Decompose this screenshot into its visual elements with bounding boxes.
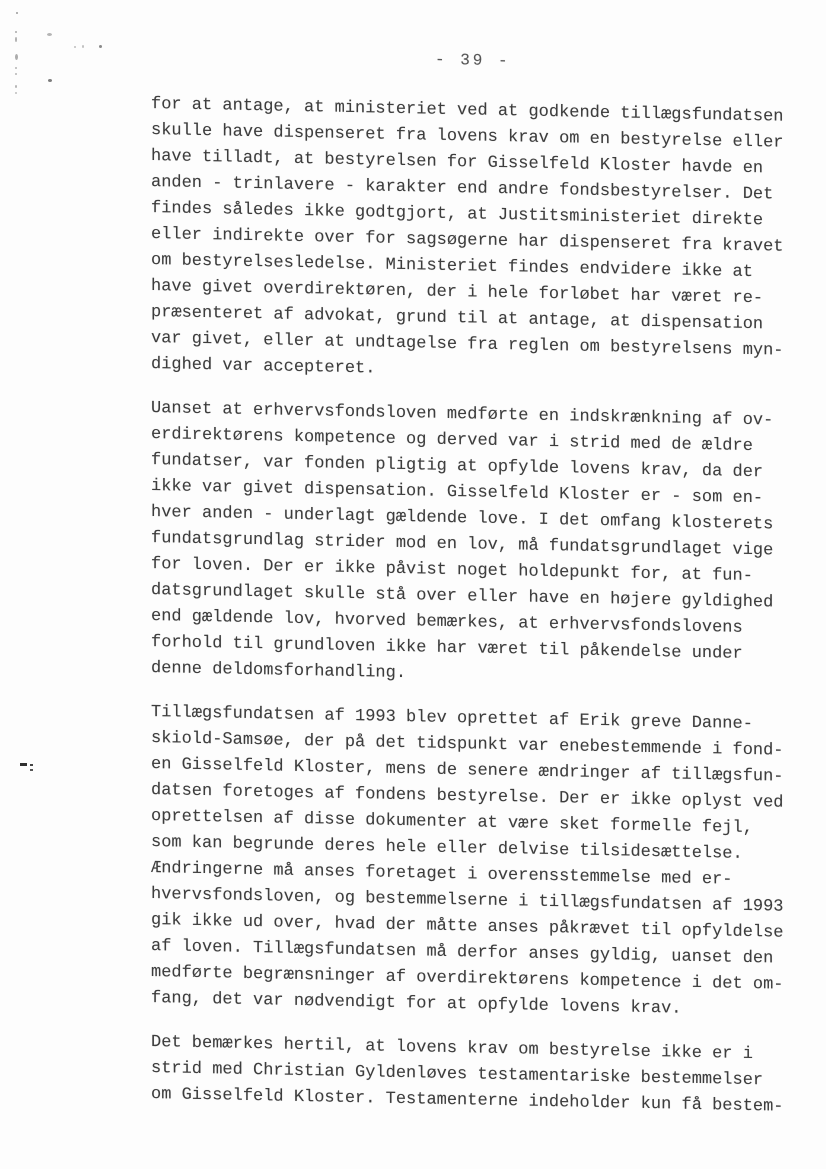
page-number: - 39 - [435,47,511,75]
scan-artifact [15,85,17,88]
paragraph: for at antage, at ministeriet ved at god… [151,92,811,391]
paragraph: Uanset at erhvervsfondsloven medførte en… [151,396,811,695]
scanned-document-page: - 39 - for at antage, at ministeriet ved… [0,0,826,1169]
scan-artifact [15,37,17,42]
scan-artifact [74,46,76,48]
scan-artifact [15,73,17,75]
paragraph: Det bemærkes hertil, at lovens krav om b… [151,1030,811,1121]
scan-artifact [15,54,18,60]
scan-artifact [15,31,17,33]
paragraph: Tillægsfundatsen af 1993 blev oprettet a… [151,700,811,1025]
document-body: for at antage, at ministeriet ved at god… [151,40,811,1121]
scan-artifact [15,67,17,69]
scan-artifact [82,45,84,48]
scan-artifact [47,33,52,36]
scan-artifact [16,12,18,14]
scan-artifact [99,45,102,48]
document-content: - 39 - for at antage, at ministeriet ved… [151,40,811,1139]
scan-artifact [15,92,17,94]
scan-artifact [48,79,52,82]
